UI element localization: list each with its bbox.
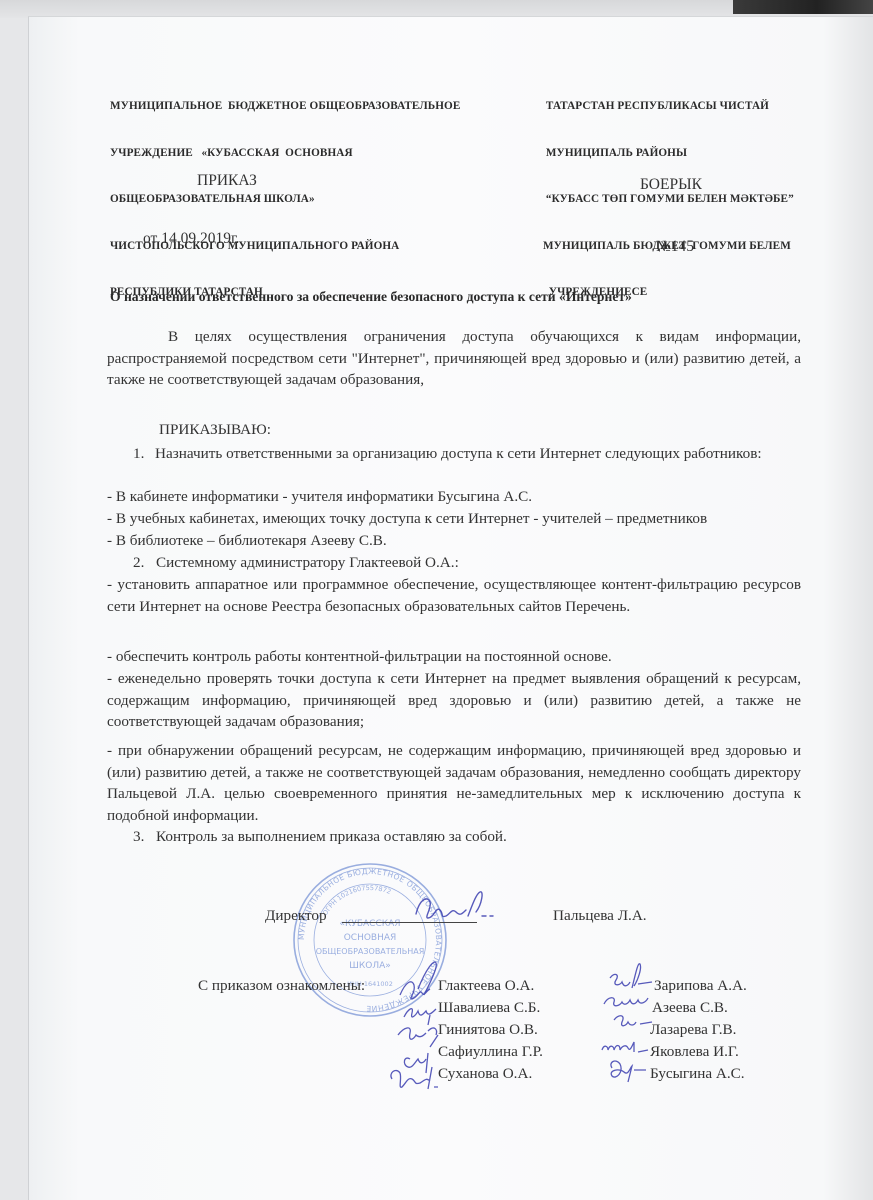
- acknowledgement-column-1: Глактеева О.А. Шавалиева С.Б. Гиниятова …: [438, 975, 543, 1085]
- scan-dark-corner: [733, 0, 873, 14]
- doc-date: от 14.09.2019г.: [143, 230, 239, 248]
- stamp-line: «КУБАССКАЯ: [339, 919, 400, 929]
- item-number: 1.: [133, 443, 144, 465]
- org-header-ru: МУНИЦИПАЛЬНОЕ БЮДЖЕТНОЕ ОБЩЕОБРАЗОВАТЕЛЬ…: [110, 68, 460, 316]
- preamble-paragraph: В целях осуществления ограничения доступ…: [107, 326, 801, 391]
- sub-item: - В кабинете информатики - учителя инфор…: [107, 486, 532, 508]
- org-header-tt-line: “КУБАСС ТӨП ГОМУМИ БЕЛЕН МӘКТӘБЕ”: [543, 192, 794, 208]
- org-header-ru-line: ОБЩЕОБРАЗОВАТЕЛЬНАЯ ШКОЛА»: [110, 192, 460, 208]
- sub-item: - еженедельно проверять точки доступа к …: [107, 668, 801, 733]
- acknowledged-person: Лазарева Г.В.: [650, 1019, 747, 1041]
- svg-text:ОГРН 1021607557872: ОГРН 1021607557872: [321, 884, 392, 917]
- org-header-tt-line: МУНИЦИПАЛЬ РАЙОНЫ: [543, 146, 794, 162]
- doc-type-ru: ПРИКАЗ: [197, 172, 257, 190]
- item-text: Системному администратору Глактеевой О.А…: [156, 552, 459, 574]
- acknowledged-person: Глактеева О.А.: [438, 975, 543, 997]
- acknowledged-person: Сафиуллина Г.Р.: [438, 1041, 543, 1063]
- org-header-ru-line: УЧРЕЖДЕНИЕ «КУБАССКАЯ ОСНОВНАЯ: [110, 146, 460, 162]
- order-word: ПРИКАЗЫВАЮ:: [159, 419, 271, 441]
- org-header-tt-line: ТАТАРСТАН РЕСПУБЛИКАСЫ ЧИСТАЙ: [543, 99, 794, 115]
- sub-item: - В учебных кабинетах, имеющих точку дос…: [107, 508, 707, 530]
- doc-type-tt: БОЕРЫК: [640, 176, 702, 194]
- acknowledgement-label: С приказом ознакомлены:: [198, 975, 365, 997]
- sub-item: - установить аппаратное или программное …: [107, 574, 801, 617]
- acknowledged-person: Суханова О.А.: [438, 1063, 543, 1085]
- doc-subject: О назначении ответственного за обеспечен…: [110, 289, 632, 305]
- item-text: Назначить ответственными за организацию …: [155, 443, 798, 465]
- acknowledged-person: Бусыгина А.С.: [650, 1063, 747, 1085]
- item-text: Контроль за выполнением приказа оставляю…: [156, 826, 507, 848]
- acknowledged-person: Зарипова А.А.: [654, 975, 747, 997]
- director-label: Директор: [265, 905, 327, 927]
- sub-item: - В библиотеке – библиотекаря Азееву С.В…: [107, 530, 387, 552]
- acknowledged-person: Яковлева И.Г.: [650, 1041, 747, 1063]
- director-signature: [410, 888, 500, 928]
- org-header-ru-line: МУНИЦИПАЛЬНОЕ БЮДЖЕТНОЕ ОБЩЕОБРАЗОВАТЕЛЬ…: [110, 99, 460, 115]
- acknowledged-person: Азеева С.В.: [652, 997, 747, 1019]
- stamp-ogrn: ОГРН 1021607557872: [321, 884, 392, 917]
- stamp-line: ОСНОВНАЯ: [344, 933, 397, 943]
- acknowledged-person: Шавалиева С.Б.: [438, 997, 543, 1019]
- sub-item: - обеспечить контроль работы контентной-…: [107, 646, 801, 668]
- sub-item: - при обнаружении обращений ресурсам, не…: [107, 740, 801, 826]
- item-number: 2.: [133, 552, 144, 574]
- director-name: Пальцева Л.А.: [553, 905, 647, 927]
- handwritten-signatures-col2: [598, 960, 660, 1090]
- item-number: 3.: [133, 826, 144, 848]
- handwritten-signatures-col1: [378, 955, 448, 1095]
- doc-number: №145: [656, 238, 694, 256]
- acknowledgement-column-2: Зарипова А.А. Азеева С.В. Лазарева Г.В. …: [654, 975, 747, 1085]
- acknowledged-person: Гиниятова О.В.: [438, 1019, 543, 1041]
